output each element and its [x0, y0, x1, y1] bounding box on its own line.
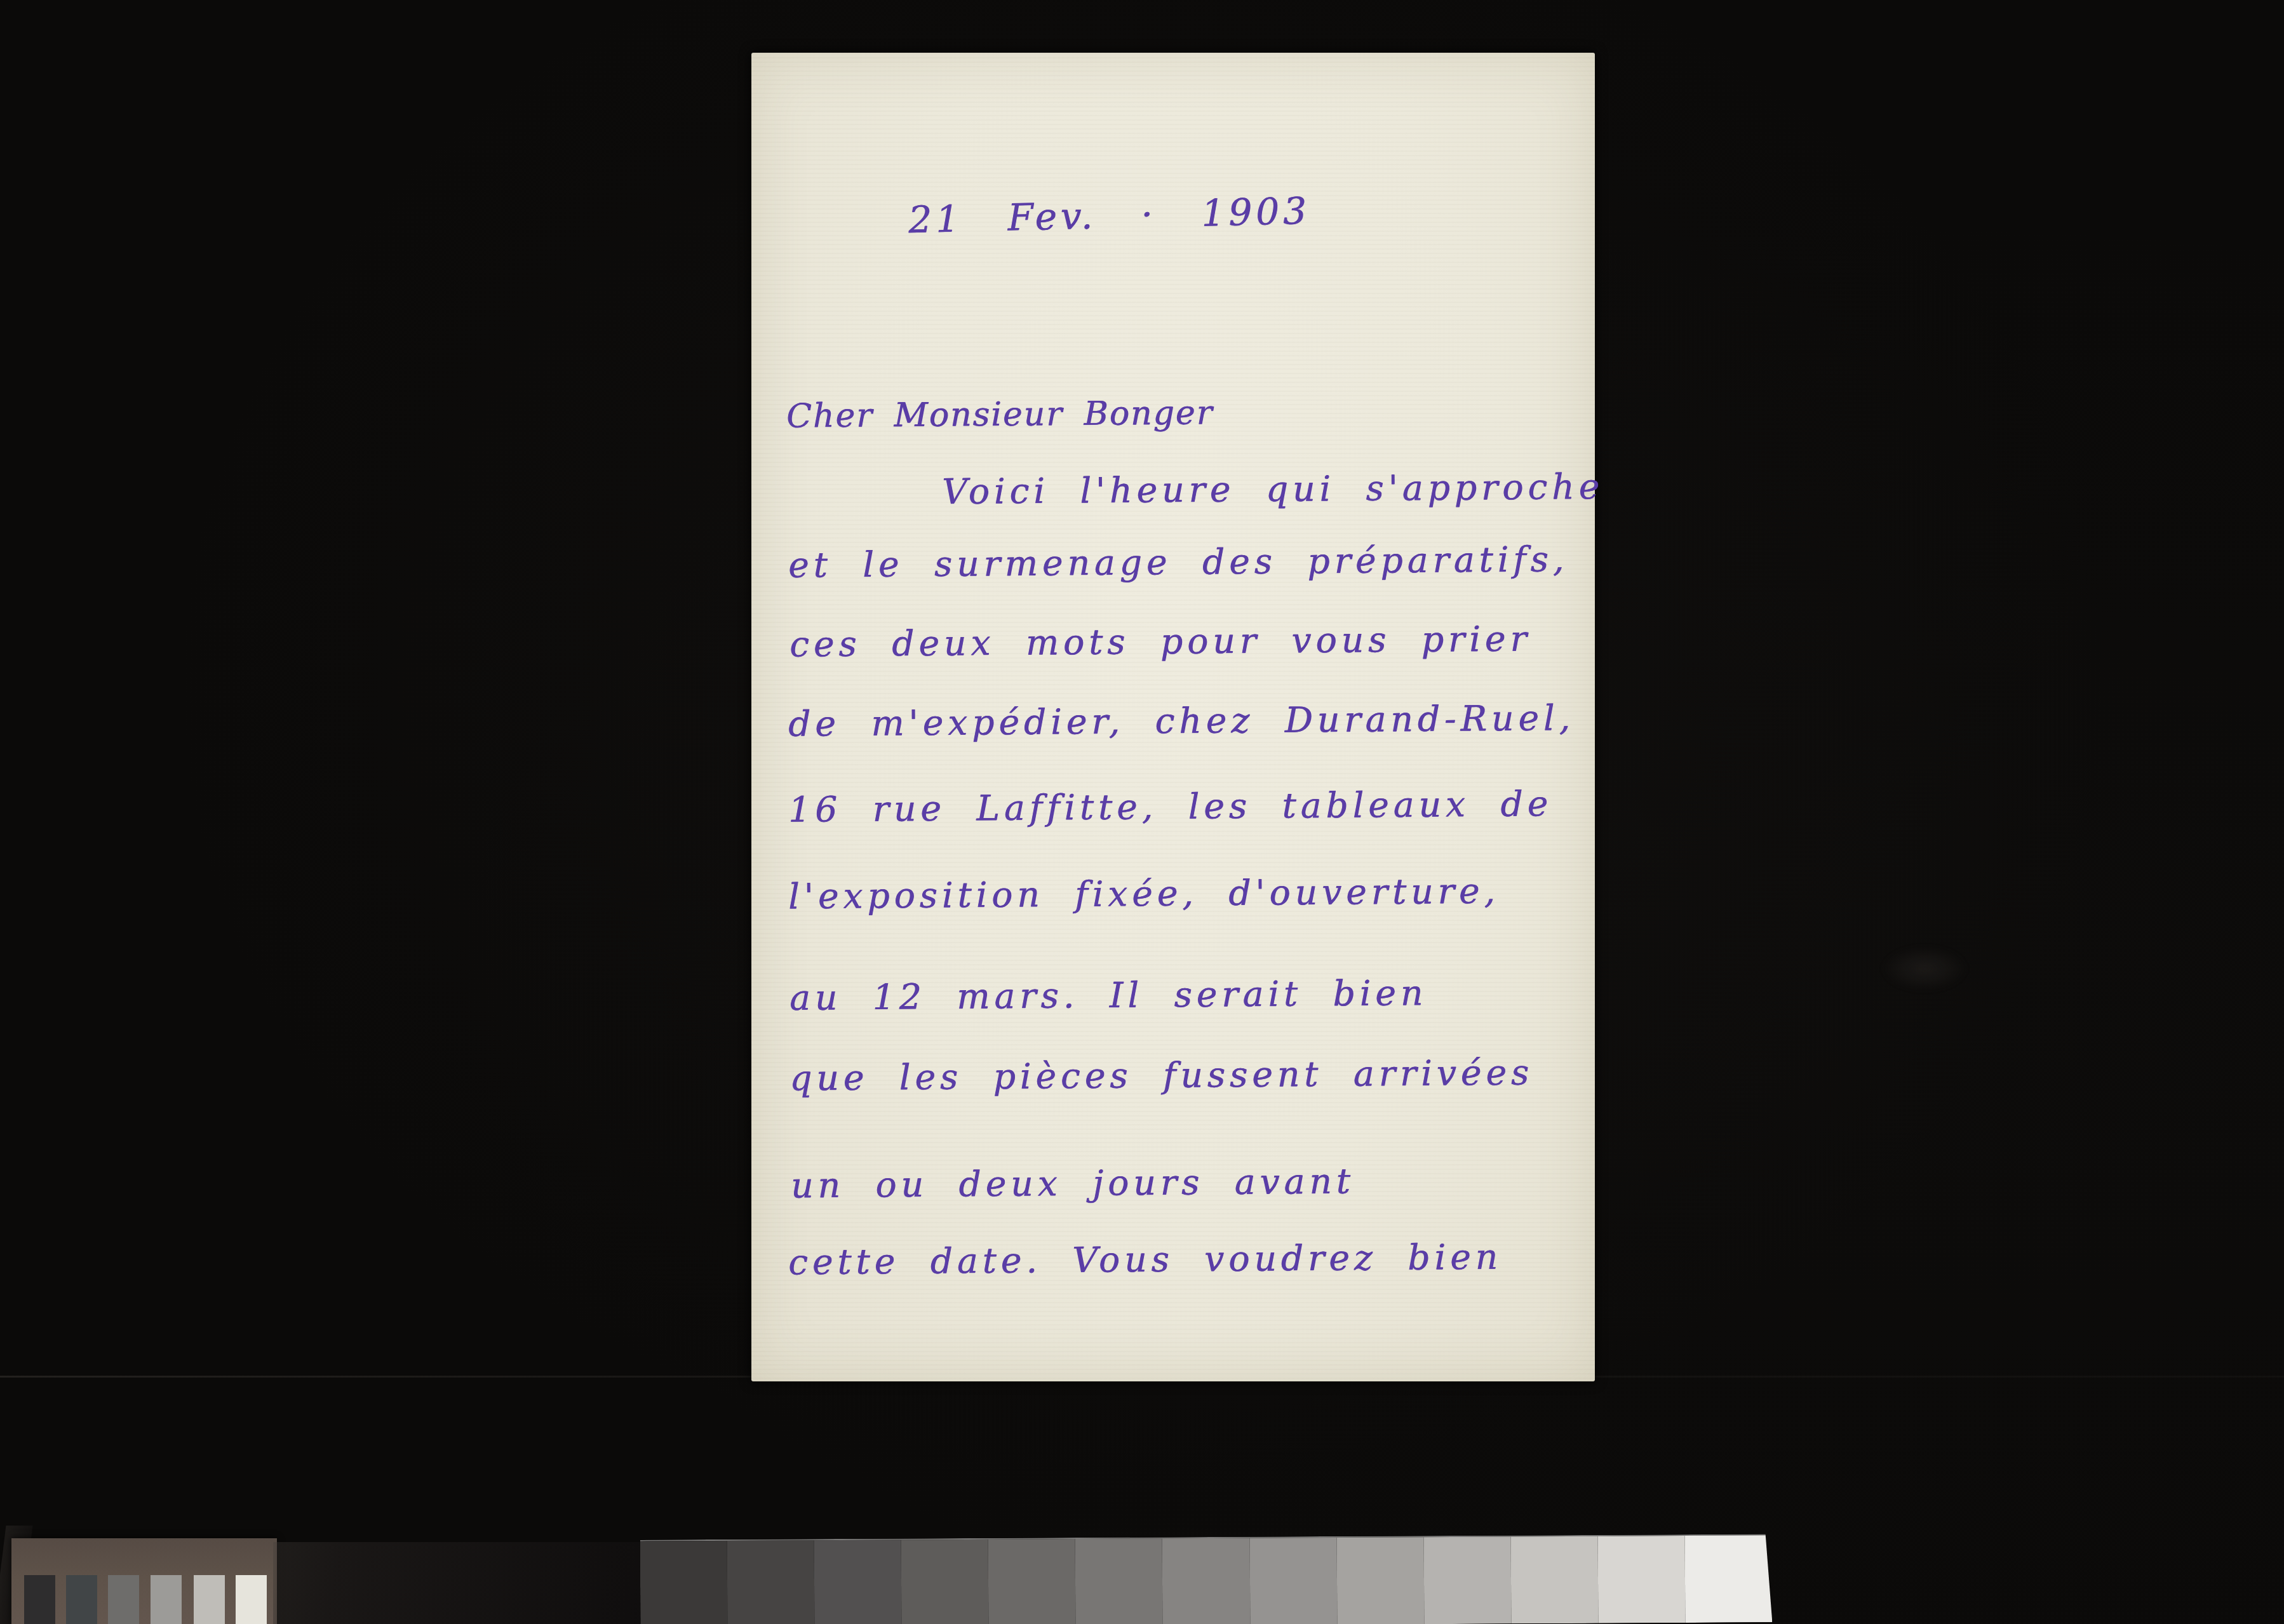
letter-salutation: Cher Monsieur Bonger [786, 394, 1214, 435]
gray-step-wedge [640, 1534, 1773, 1624]
letter-body-line: un ou deux jours avant [791, 1161, 1355, 1206]
wedge-step [1162, 1538, 1250, 1624]
letter-body-line: l'exposition fixée, d'ouverture, [788, 871, 1500, 917]
gray-patch [236, 1575, 267, 1624]
wedge-step [1685, 1535, 1773, 1623]
gray-patch [66, 1575, 97, 1624]
gray-patch [24, 1575, 55, 1624]
wedge-step [1249, 1538, 1337, 1624]
wedge-step [901, 1540, 989, 1624]
wedge-step [1075, 1538, 1163, 1624]
letter-body-line: 16 rue Laffitte, les tableaux de [788, 783, 1553, 829]
wedge-step [988, 1539, 1076, 1624]
wedge-step [727, 1540, 815, 1624]
letter-body-line: ces deux mots pour vous prier [789, 618, 1531, 664]
letter-page: 21 Fev. · 1903 Cher Monsieur Bonger Voic… [751, 53, 1595, 1381]
letter-body-line: que les pièces fussent arrivées [789, 1052, 1534, 1098]
letter-date: 21 Fev. · 1903 [908, 189, 1310, 241]
letter-body-line: Voici l'heure qui s'approche [942, 466, 1604, 512]
letter-body-line: de m'expédier, chez Durand-Ruel, [788, 697, 1575, 744]
wedge-step [1510, 1536, 1598, 1624]
wedge-step [814, 1540, 902, 1624]
letter-body-line: et le surmenage des préparatifs, [788, 539, 1569, 586]
letter-body-line: au 12 mars. Il serait bien [789, 972, 1428, 1018]
grayscale-calibration-card [11, 1538, 277, 1624]
wedge-step [1336, 1537, 1424, 1624]
wedge-step [1423, 1536, 1511, 1624]
gray-patch [151, 1575, 182, 1624]
letter-body-line: cette date. Vous voudrez bien [788, 1237, 1502, 1283]
wedge-step [640, 1541, 728, 1624]
gray-patch [194, 1575, 225, 1624]
plastic-sleeve-edge [273, 1542, 642, 1624]
archival-photograph: 21 Fev. · 1903 Cher Monsieur Bonger Voic… [0, 0, 2284, 1624]
wedge-step [1597, 1536, 1685, 1623]
velvet-smudge [1864, 937, 1985, 1000]
gray-patch [108, 1575, 139, 1624]
